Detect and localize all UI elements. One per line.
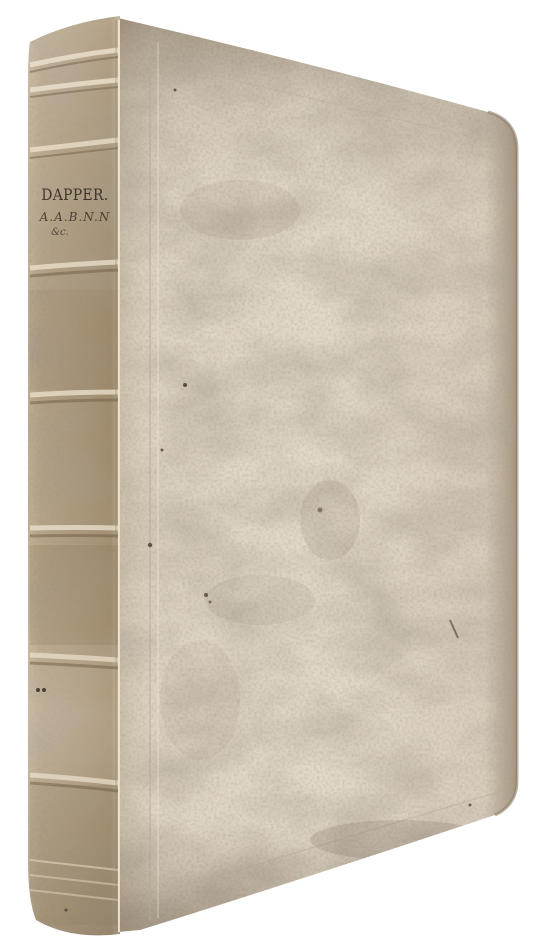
spine [20,10,130,950]
book-illustration [0,0,544,950]
front-cover [110,10,530,940]
book-photo: DAPPER. A.A.B.N.N &c. [0,0,544,950]
